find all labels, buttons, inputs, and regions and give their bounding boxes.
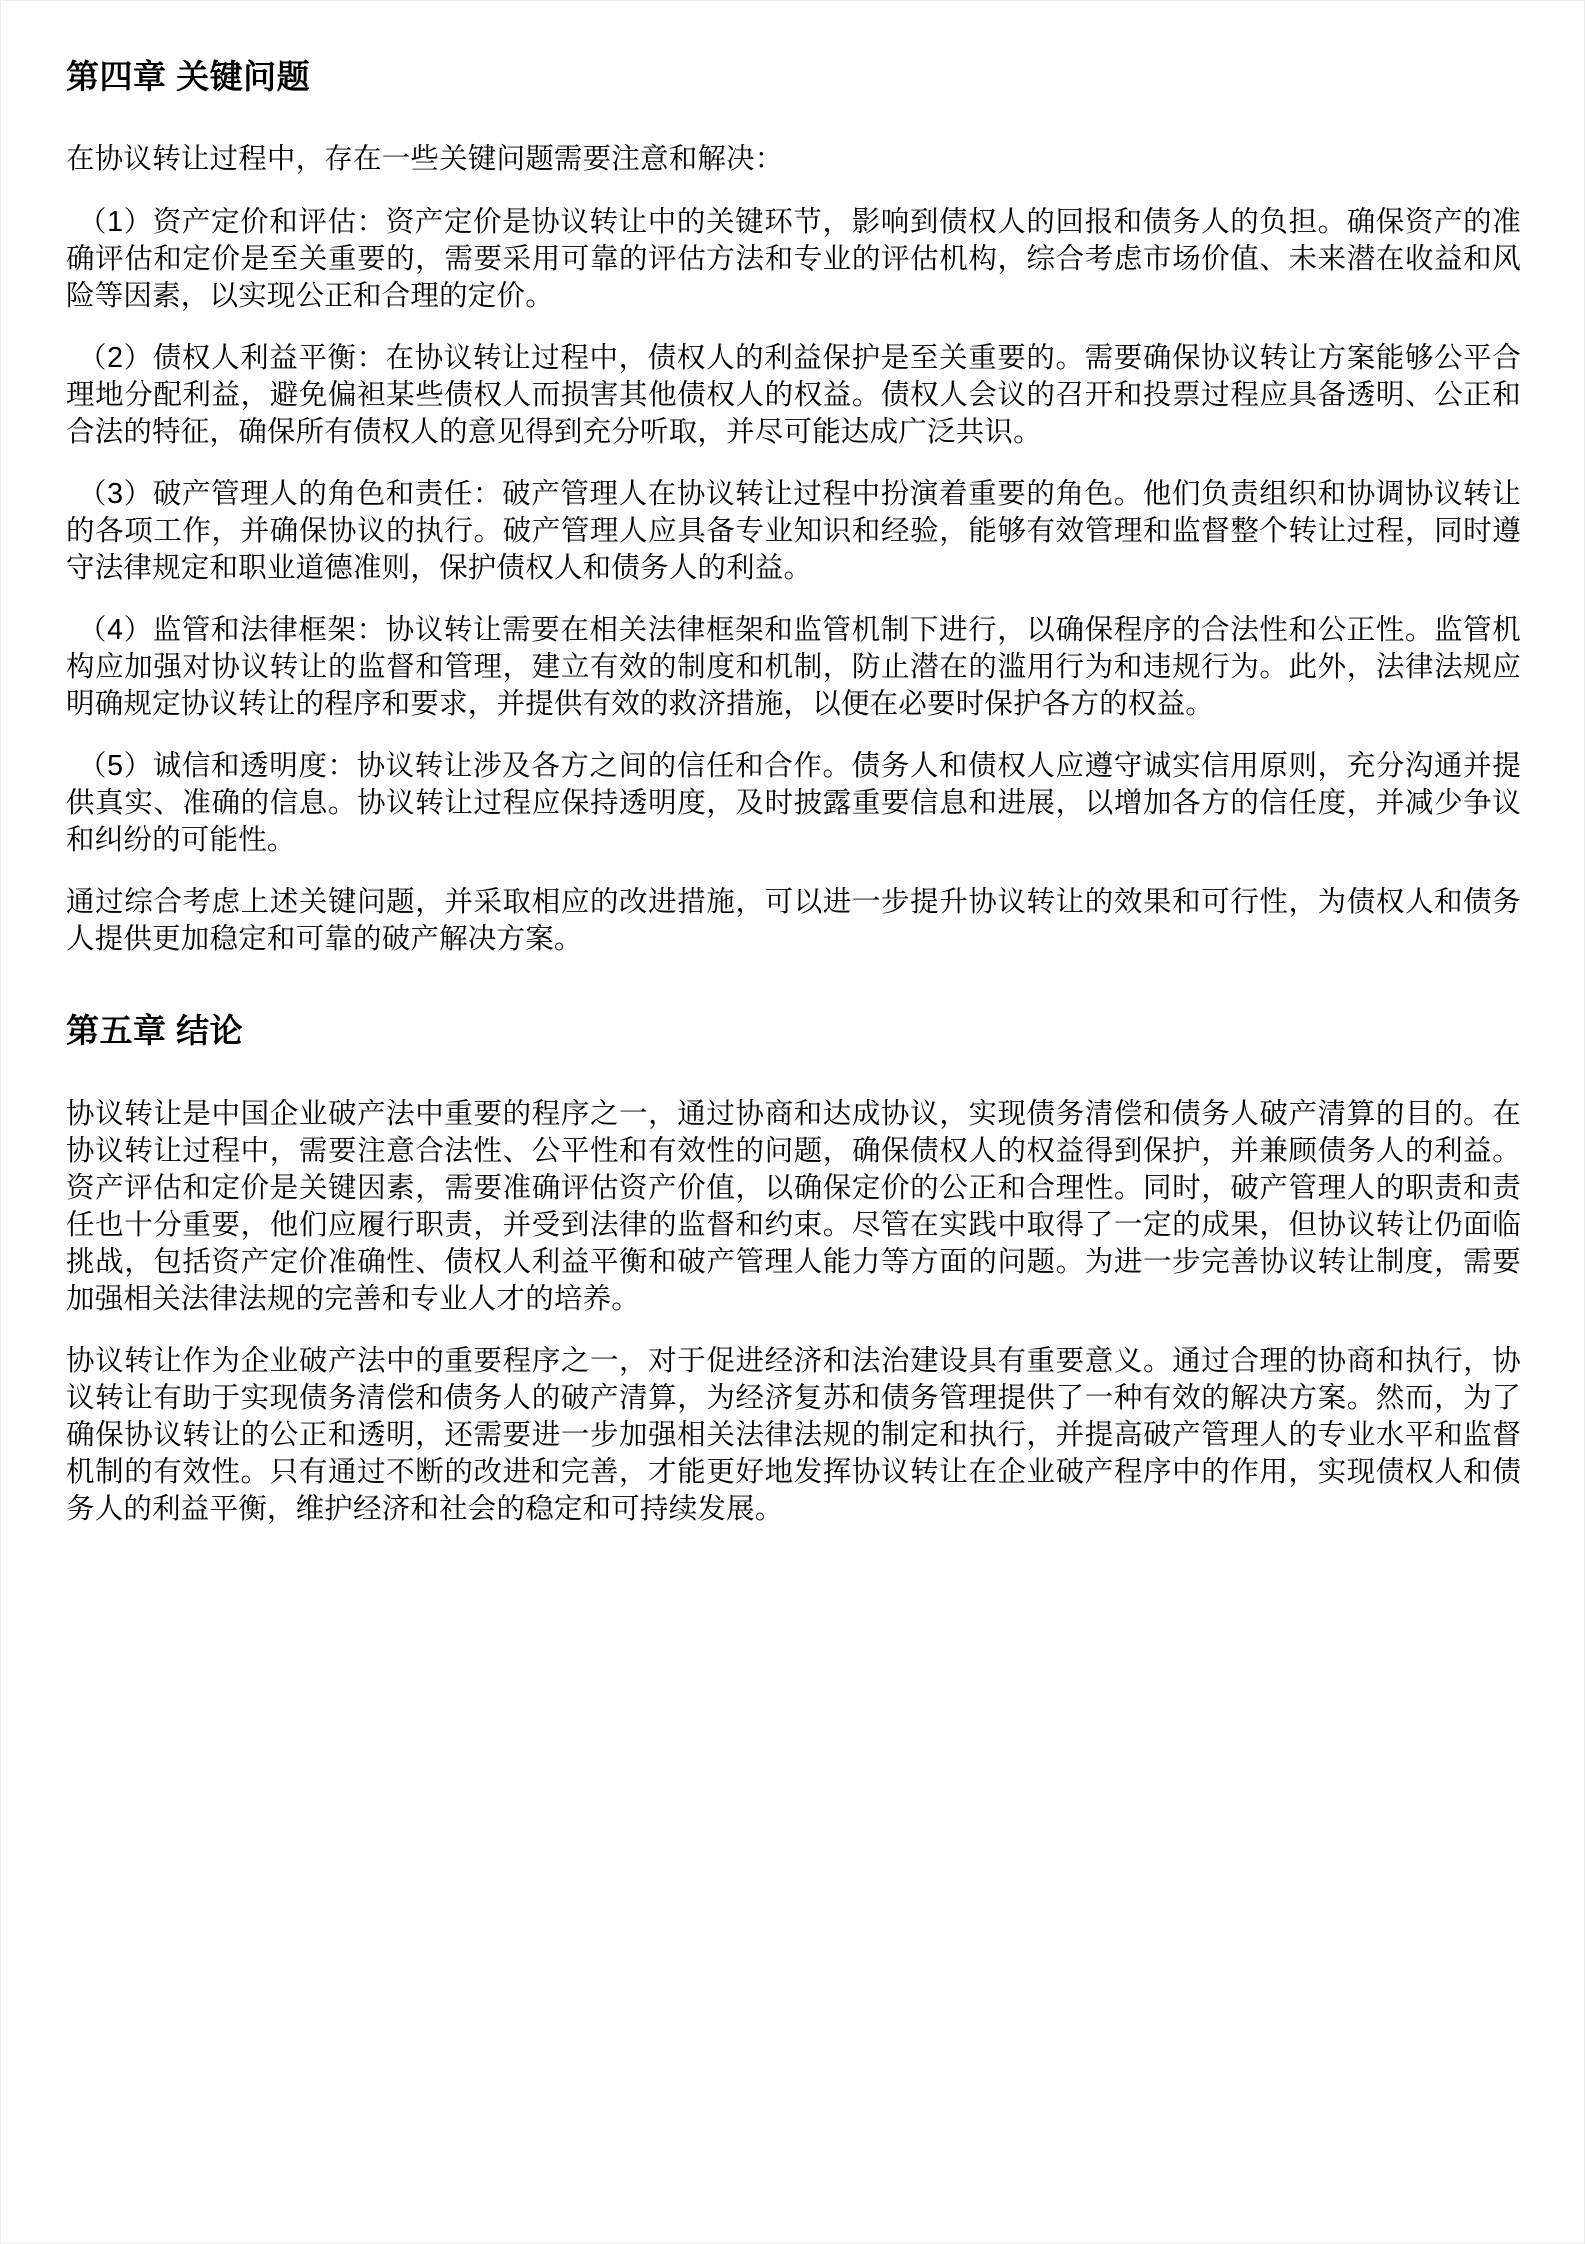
chapter-4-intro-paragraph: 在协议转让过程中，存在一些关键问题需要注意和解决： xyxy=(66,141,1521,178)
conclusion-paragraph-1: 协议转让是中国企业破产法中重要的程序之一，通过协商和达成协议，实现债务清偿和债务… xyxy=(66,1096,1521,1318)
key-issue-item-5: （5）诚信和透明度：协议转让涉及各方之间的信任和合作。债务人和债权人应遵守诚实信… xyxy=(66,748,1521,859)
key-issue-item-3: （3）破产管理人的角色和责任：破产管理人在协议转让过程中扮演着重要的角色。他们负… xyxy=(66,476,1521,587)
key-issue-item-1: （1）资产定价和评估：资产定价是协议转让中的关键环节，影响到债权人的回报和债务人… xyxy=(66,204,1521,315)
chapter-4-heading: 第四章 关键问题 xyxy=(66,56,1521,97)
document-page: 第四章 关键问题 在协议转让过程中，存在一些关键问题需要注意和解决： （1）资产… xyxy=(0,0,1585,2244)
chapter-4-closing-paragraph: 通过综合考虑上述关键问题，并采取相应的改进措施，可以进一步提升协议转让的效果和可… xyxy=(66,884,1521,958)
conclusion-paragraph-2: 协议转让作为企业破产法中的重要程序之一，对于促进经济和法治建设具有重要意义。通过… xyxy=(66,1343,1521,1528)
key-issue-item-2: （2）债权人利益平衡：在协议转让过程中，债权人的利益保护是至关重要的。需要确保协… xyxy=(66,340,1521,451)
key-issue-item-4: （4）监管和法律框架：协议转让需要在相关法律框架和监管机制下进行，以确保程序的合… xyxy=(66,612,1521,723)
chapter-5-heading: 第五章 结论 xyxy=(66,1010,1521,1051)
